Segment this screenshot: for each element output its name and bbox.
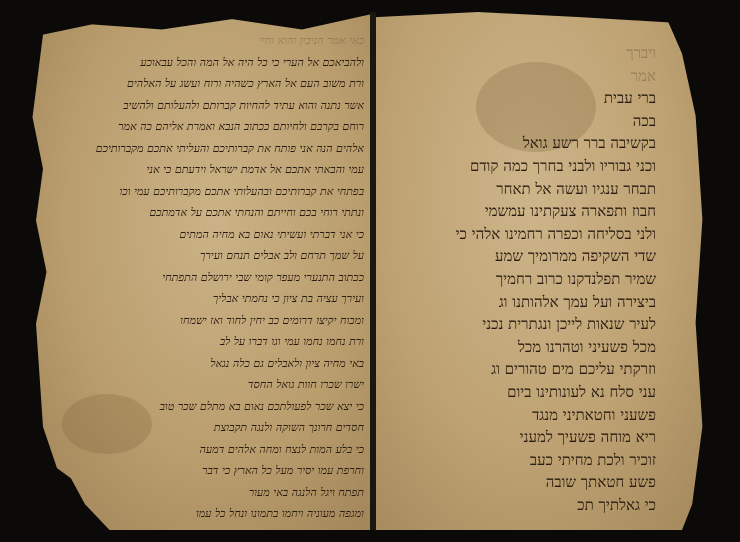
text-line: בכה <box>396 110 656 133</box>
text-line: כאי אמר הניבין והוא וחיי <box>48 30 364 52</box>
text-line: ונתתי רוחי בכם וחייתם והנחתי אתכם על אדמ… <box>48 202 364 224</box>
text-line: בפתחי את קברותיכם ובהעלותי אתכם מקברותיכ… <box>48 181 364 203</box>
text-line: וכני גבוריו ולבני בחרך כמה קודם <box>396 155 656 178</box>
text-line: ריא מוחה פשעיך למעני <box>396 426 656 449</box>
text-line: שמיר תפלנדקנו כרוב רחמיך <box>396 268 656 291</box>
text-line: חסדים חרונך השוקה ולנגה תקבוצת <box>48 417 364 439</box>
text-line: תפתח ויגל הלנגה באי מעור <box>48 482 364 504</box>
text-line: ומכוח יקיצו דרומים כב יחין לחוד ואז ישמח… <box>48 310 364 332</box>
text-line: וזרקתי עליכם מים טהורים וג <box>396 358 656 381</box>
text-line: מכל פשעיני וטהרנו מכל <box>396 336 656 359</box>
text-line: ויברך <box>396 42 656 65</box>
text-line: ורת נחמו נחמו עמי וגו דברו על לב <box>48 331 364 353</box>
text-line: לעיר שנאות לייכן ונגתרית נכני <box>396 313 656 336</box>
text-line: זוכיר ולכת מחיתי כעב <box>396 449 656 472</box>
text-line: כי אני דברתי ועשיתי נאום בא מחיה המתים <box>48 224 364 246</box>
text-line: פשע חטאתך שובה <box>396 471 656 494</box>
text-line: אלהים הנה אני פותח את קברותיכם והעליתי א… <box>48 138 364 160</box>
text-line: בירושלם הרביש צדיק אתה יודע <box>48 525 364 531</box>
book-gutter <box>370 12 376 530</box>
text-line: באי מחיה ציון ולאבלים גם כלה נגאל <box>48 353 364 375</box>
text-line: עני סלח נא לעונותינו ביום <box>396 381 656 404</box>
text-line: וחרפת עמו יסיר מעל כל הארץ כי דבר <box>48 460 364 482</box>
text-line: אשר נתנה והוא עתיד להחיות קברותם ולהעלות… <box>48 95 364 117</box>
text-line: כי גאלתיך תכ <box>396 494 656 517</box>
text-line: ברי עבית <box>396 87 656 110</box>
text-line: שדי השקיפה ממרומיך שמע <box>396 245 656 268</box>
text-line: ולהביאכם אל הערי כי כל היה אל המה והכל ע… <box>48 52 364 74</box>
text-line: חבוז ותפארה צעקתינו עמשמי <box>396 200 656 223</box>
text-line: ועירך עציה בת ציון כי נחמתי אבליך <box>48 288 364 310</box>
text-line: בקשיבה ברר רשע גואל <box>396 132 656 155</box>
text-line: רוחם בקרבם ולחיותם ככתוב הנבא ואמרת אליה… <box>48 116 364 138</box>
text-line: ביצירה ועל עמך אלהותנו וג <box>396 291 656 314</box>
text-line: ולני בסליחה וכפרה רחמינו אלהי כי <box>396 223 656 246</box>
left-page-text: כאי אמר הניבין והוא וחיי ולהביאכם אל הער… <box>48 30 364 530</box>
right-page-text: ויברך אמר ברי עבית בכה בקשיבה ברר רשע גו… <box>396 42 656 516</box>
text-line: פשעני וחטאתיני מנגד <box>396 404 656 427</box>
text-line: עמי והבאתי אתכם אל אדמת ישראל וידעתם כי … <box>48 159 364 181</box>
text-line: תבחר ענגיו ועשה אל תאחר <box>396 178 656 201</box>
text-line: ומגפה מעוניה ויחמו בתמונו ונחל כל עמו <box>48 503 364 525</box>
text-line: כי בלע המות לנצח ומחה אלהים דמעה <box>48 439 364 461</box>
left-manuscript-page: כאי אמר הניבין והוא וחיי ולהביאכם אל הער… <box>22 14 372 530</box>
right-manuscript-page: ויברך אמר ברי עבית בכה בקשיבה ברר רשע גו… <box>376 12 716 530</box>
text-line: אמר <box>396 65 656 88</box>
text-line: ככתוב התנערי מעפר קומי שבי ירושלם התפתחי <box>48 267 364 289</box>
text-line: כי יצא שכר לפעולתכם נאום בא מתלם שכר טוב <box>48 396 364 418</box>
text-line: ישרו שכרו חוות גואל החסד <box>48 374 364 396</box>
text-line: על שמך תרחם ולב אבלים תנחם ועירך <box>48 245 364 267</box>
text-line: ורת משוב העם אל הארץ כשהיה ורוח ועשג על … <box>48 73 364 95</box>
